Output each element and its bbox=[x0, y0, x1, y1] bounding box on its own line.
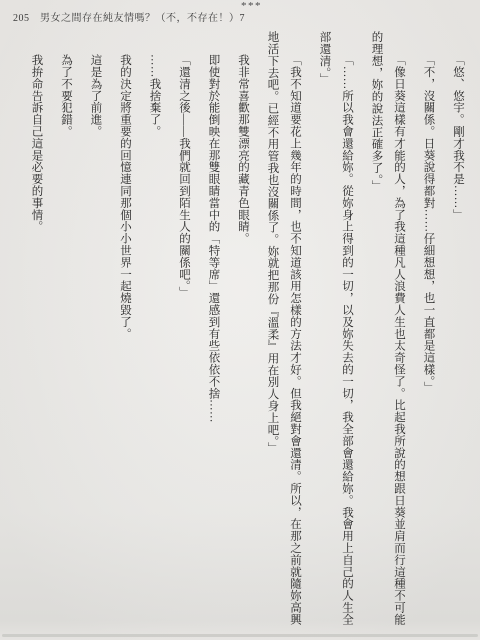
paragraph: 「不，沒關係。日葵說得都對……仔細想想，也一直都是這樣。」 bbox=[417, 31, 440, 626]
paragraph: 這是為了前進。 bbox=[84, 31, 107, 626]
page-edge-shadow bbox=[2, 634, 478, 637]
paragraph: 我的決定將重要的回憶連同那個小小世界一起燒毀了。 bbox=[114, 31, 137, 626]
scene-break-marker: *** bbox=[241, 0, 262, 12]
paragraph: 即使對於能倒映在那雙眼睛當中的「特等席」還感到有些依依不捨…… bbox=[202, 31, 225, 626]
running-header: 205 男女之間存在純友情嗎？（不，不存在！）7 bbox=[13, 9, 245, 24]
paragraph: 為了不要犯錯。 bbox=[55, 31, 78, 626]
paragraph: 「還清之後——我們就回到陌生人的關係吧。」 bbox=[173, 31, 196, 626]
paragraph: 「……所以我會還給妳。從妳身上得到的一切，以及妳失去的一切，我全部會還給妳。我會… bbox=[313, 31, 358, 626]
paragraph: 我非常喜歡那雙漂亮的藏青色眼睛。 bbox=[232, 31, 255, 626]
paragraph: 「我不知道要花上幾年的時間，也不知道該用怎樣的方法才好。但我絕對會還清。所以，在… bbox=[261, 31, 306, 626]
paragraph: 我拚命告訴自己這是必要的事情。 bbox=[25, 31, 48, 626]
paragraph: ……我捨棄了。 bbox=[143, 31, 166, 626]
paragraph: 「像日葵這樣有才能的人，為了我這種凡人浪費人生也太奇怪了。比起我所說的想跟日葵並… bbox=[365, 31, 410, 626]
vertical-text-block: 「悠、悠宇。剛才我不是……」 「不，沒關係。日葵說得都對……仔細想想，也一直都是… bbox=[17, 31, 469, 626]
paragraph: 「悠、悠宇。剛才我不是……」 bbox=[447, 31, 470, 626]
